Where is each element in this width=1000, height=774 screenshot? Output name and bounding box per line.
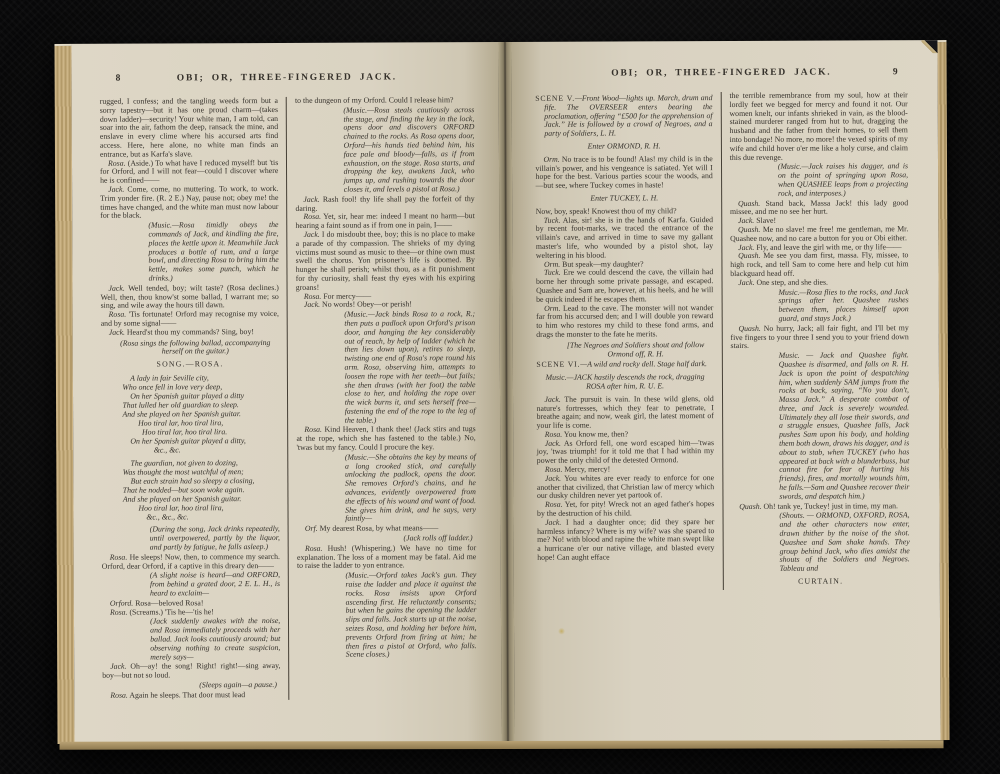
block-speech: Rosa. 'Tis fortunate! Orford may recogni… [101,310,279,328]
block-speech: Jack. As Orford fell, one word escaped h… [537,439,714,466]
block-speech: Orm. Lead to the cave. The monster will … [536,304,713,340]
block-plain: rugged, I confess; and the tangling weed… [100,97,279,159]
right-page-column-2: the terrible remembrance from my soul, h… [721,91,909,590]
block-stage: (Shouts. — ORMOND, OXFORD, ROSA, and the… [779,512,909,574]
left-page-column-2: to the dungeon of my Orford. Could I rel… [287,96,477,699]
block-speech: Jack. Heard'st thou my commands? Sing, b… [101,328,279,338]
block-speech: Rosa. Yet, for pity! Wreck not an aged f… [537,500,714,518]
right-page-columns: SCENE V.—Front Wood—lights up. March, dr… [535,91,910,590]
block-scene: SCENE V.—Front Wood—lights up. March, dr… [535,94,712,139]
block-speech: Rosa. Yet, sir, hear me: indeed I meant … [295,212,474,230]
block-speech: Jack. I had a daughter once; did they sp… [537,518,714,563]
right-page: OBI; OR, THREE-FINGERED JACK. 9 SCENE V.… [511,40,941,742]
speaker-name: Jack. [545,438,561,447]
speaker-name: Orford. [110,598,133,607]
block-head: SONG.—ROSA. [101,360,279,370]
block-speech: Quash. Me no slave! me free! me gentlema… [730,225,908,243]
block-stage: (During the song, Jack drinks repeatedly… [150,525,280,552]
block-stage-r: (Jack rolls off ladder.) [351,534,473,543]
speaker-name: Jack. [304,300,320,309]
block-speech: Rosa. He sleeps! Now, then, to commence … [102,553,280,571]
speaker-name: Orm. [543,155,559,164]
block-speech: Rosa. Hush! (Whispering.) We have no tim… [297,544,476,571]
block-stage-r: (Sleeps again—a pause.) [156,681,277,690]
speaker-name: Tuck. [544,215,561,224]
block-speech: Jack. I do misdoubt thee, boy; this is n… [296,230,476,292]
speaker-name: Rosa. [545,430,563,439]
speaker-name: Rosa. [303,212,321,221]
block-stage: (Music.—Rosa timidly obeys the commands … [148,221,278,283]
speaker-name: Jack. [108,185,124,194]
left-page: 8 OBI; OR, THREE-FINGERED JACK. rugged, … [71,42,501,744]
block-speech: Rosa. Again he sleeps. That door must le… [102,691,280,701]
block-enter: Enter TUCKEY, L. H. [536,194,713,204]
speaker-name: Rosa. [110,690,128,699]
speaker-name: Tuck. [544,268,561,277]
speaker-name: Rosa. [304,291,322,300]
block-speech: Rosa. (Aside.) To what have I reduced my… [100,159,278,186]
open-book: 8 OBI; OR, THREE-FINGERED JACK. rugged, … [54,40,949,744]
block-speech: Jack. You whites are ever ready to enfor… [537,474,714,501]
block-stage: (Music.—Jack raises his dagger, and is o… [778,163,908,199]
speaker-name: Jack. [303,195,319,204]
block-speech: Jack. One step, and she dies. [730,278,908,288]
block-enter: Enter ORMOND, R. H. [535,142,712,152]
block-speech: Orm. No trace is to be found! Alas! my c… [535,155,712,191]
speaker-name: Jack. [738,278,754,287]
block-stage: (Music.—She obtains the key by means of … [345,453,476,524]
page-number: 8 [116,74,121,84]
speaker-name: Orf. [305,524,318,533]
speaker-name: Jack. [109,327,125,336]
speaker-name: Rosa. [110,552,128,561]
scene-label: SCENE VI. [536,360,580,369]
block-speech: Jack. Oh—ay! the song! Right! right!—sin… [102,662,280,680]
speaker-name: Rosa. [545,500,563,509]
running-title: OBI; OR, THREE-FINGERED JACK. [535,67,908,79]
block-speech: Rosa. Kind Heaven, I thank thee! (Jack s… [296,426,475,453]
left-page-header: 8 OBI; OR, THREE-FINGERED JACK. [100,72,475,89]
speaker-name: Quash. [738,198,760,207]
block-speech: Quash. Stand back, Massa Jack! this lady… [730,199,908,217]
block-speech: Tuck. Ere we could descend the cave, the… [536,268,713,304]
block-speech: Jack. Rash fool! thy life shall pay the … [295,195,474,213]
block-stage: (A slight noise is heard—and ORFORD, fro… [150,571,280,598]
speaker-name: Jack. [545,518,561,527]
block-speech: Jack. The pursuit is vain. In these wild… [537,395,714,431]
block-stage: (Music.—Orford takes Jack's gun. They ra… [345,571,476,660]
block-speech: Jack. Come, come, no muttering. To work,… [100,185,278,221]
block-exit: [The Negroes and Soldiers shout and foll… [565,341,707,359]
speaker-name: Rosa. [108,158,126,167]
block-speech: Tuck. Alas, sir! she is in the hands of … [536,216,713,261]
speaker-name: Jack. [738,216,754,225]
speaker-name: Orm. [544,303,560,312]
speaker-name: Jack. [109,283,125,292]
right-page-header: OBI; OR, THREE-FINGERED JACK. 9 [535,67,908,84]
speaker-name: Quash. [738,225,760,234]
block-speech: Jack. Well tended, boy; wilt taste? (Ros… [101,284,279,311]
block-stage-c: (Rosa sings the following ballad, accomp… [119,339,272,357]
speaker-name: Rosa. [109,310,127,319]
block-stage: Music.—Rosa flies to the rocks, and Jack… [778,288,908,324]
block-stage: Music. — Jack and Quashee fight. Quashee… [779,351,910,501]
speaker-name: Jack. [738,242,754,251]
speaker-name: Orm. [544,259,560,268]
page-number: 9 [893,67,898,77]
block-stage: (Music.—Rosa steals cautiously across th… [343,106,474,195]
block-speech: Quash. No hurry, Jack; all fair fight, a… [730,324,908,351]
block-verse: A lady in fair Seville city,Who once fel… [122,373,279,455]
speaker-name: Jack. [545,394,561,403]
speaker-name: Jack. [304,230,320,239]
running-title: OBI; OR, THREE-FINGERED JACK. [100,72,475,84]
left-page-column-1: rugged, I confess; and the tangling weed… [100,97,290,700]
block-stage: (Jack suddenly awakes with the noise, an… [150,617,280,662]
right-page-content: OBI; OR, THREE-FINGERED JACK. 9 SCENE V.… [511,40,941,742]
speaker-name: Jack. [545,474,561,483]
speaker-name: Quash. [739,502,761,511]
speaker-name: Rosa. [110,607,128,616]
block-plain: the terrible remembrance from my soul, h… [729,91,908,162]
block-scene: SCENE VI.—A wild and rocky dell. Stage h… [536,360,713,370]
speaker-name: Rosa. [545,465,563,474]
scene-label: SCENE V. [535,94,575,103]
speaker-name: Jack. [110,662,126,671]
speaker-name: Quash. [738,324,760,333]
block-music: Music.—JACK hastily descends the rock, d… [536,373,713,391]
block-stage: (Music.—Jack binds Rosa to a rock, R.; t… [344,310,475,425]
speaker-name: Rosa. [305,544,323,553]
right-page-column-1: SCENE V.—Front Wood—lights up. March, dr… [535,92,723,591]
block-verse: The guardian, not given to dozing,Was th… [123,458,280,522]
block-speech: Quash. Me see you dam first, massa. Fly,… [730,252,908,279]
left-page-columns: rugged, I confess; and the tangling weed… [100,96,477,700]
left-page-content: 8 OBI; OR, THREE-FINGERED JACK. rugged, … [71,42,501,744]
speaker-name: Quash. [738,251,760,260]
speaker-name: Rosa. [304,425,322,434]
block-head: CURTAIN. [732,577,910,587]
